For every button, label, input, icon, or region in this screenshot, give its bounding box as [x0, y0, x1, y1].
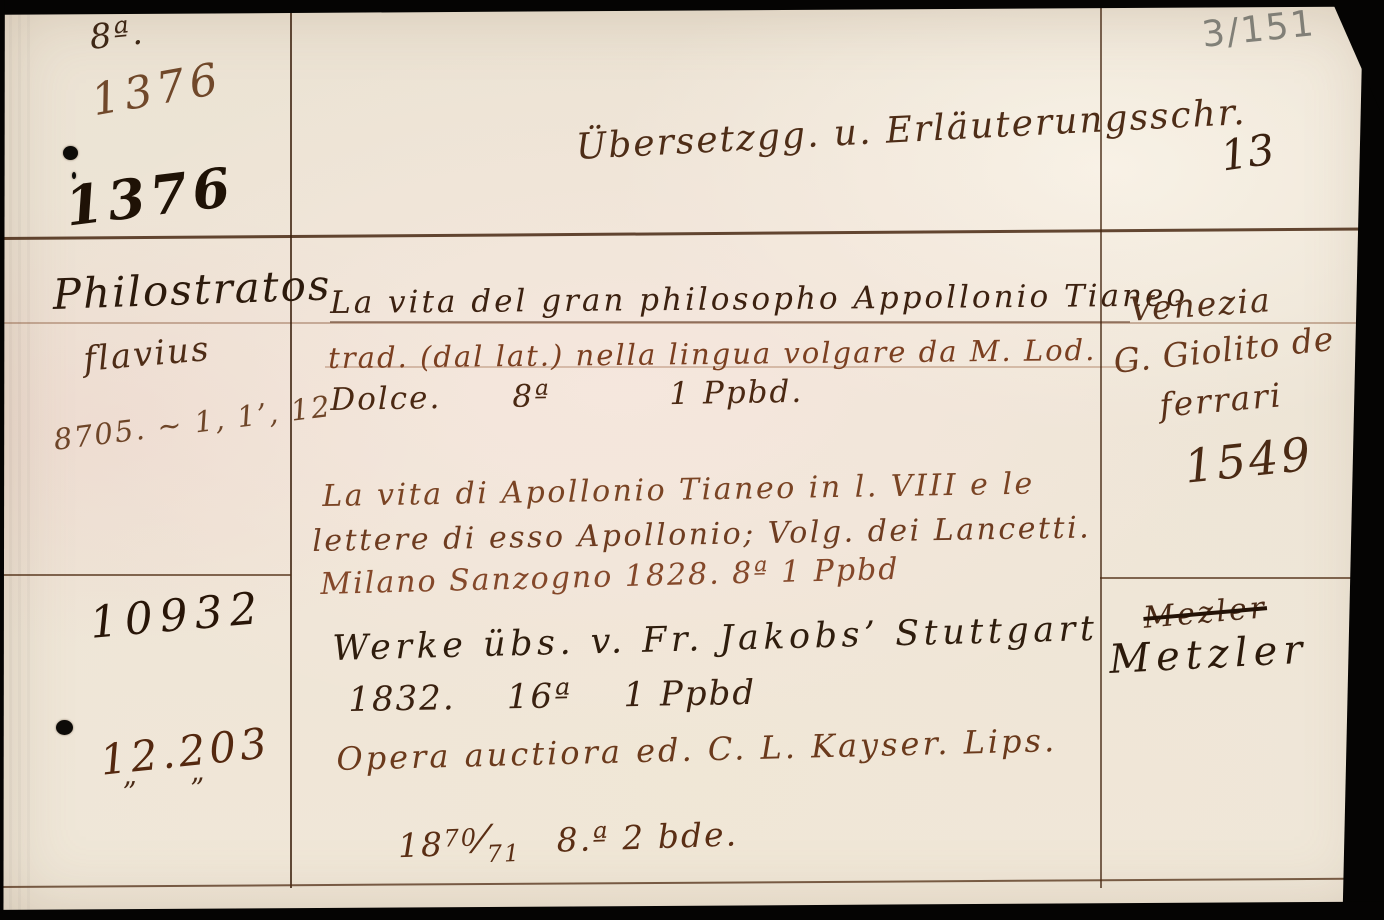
entry4-year-slash: ⁄ — [477, 818, 487, 862]
punch-hole-top — [63, 146, 78, 160]
entry1-title-line3: Dolce. 8ª 1 Ppbd. — [330, 375, 803, 417]
entry4-line2-rest: 8.ª 2 bde. — [556, 815, 739, 860]
rule-mid-right — [1100, 577, 1384, 579]
rule-vertical-left — [290, 0, 292, 888]
entry4-year-line: 1870⁄718.ª 2 bde. — [346, 776, 740, 904]
series-number: 13 — [1218, 127, 1277, 180]
scanned-catalog-card: 8ª. 1376 1376 Übersetzgg. u. Erläuterung… — [0, 0, 1384, 920]
rule-mid-left — [0, 574, 291, 576]
entry3-publisher: Metzler — [1108, 628, 1309, 682]
scan-streaks — [0, 0, 34, 920]
entry4-year-numerator: 70 — [443, 824, 478, 853]
entry3-line2: 1832. 16ª 1 Ppbd — [348, 675, 756, 720]
author-surname: Philostratos — [52, 262, 332, 318]
format-note: 8ª. — [88, 14, 146, 57]
entry4-ditto-marks: ” ” — [122, 774, 206, 809]
baseline-heavy-middle — [330, 321, 1130, 323]
entry4-year-prefix: 18 — [397, 825, 444, 866]
entry4-year-denominator: 71 — [486, 839, 521, 868]
punch-hole-bottom — [56, 720, 73, 735]
entry1-title-line1: La vita del gran philosopho Appollonio T… — [330, 279, 1188, 321]
